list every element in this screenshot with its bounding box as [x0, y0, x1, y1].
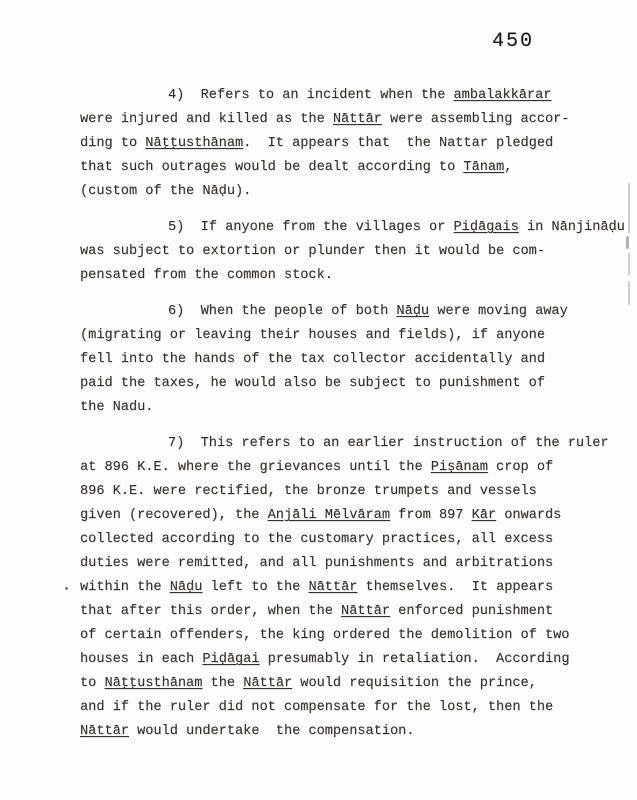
text-segment: and if the ruler did not compensate for …: [80, 700, 553, 715]
scanned-page: 450 4) Refers to an incident when the am…: [0, 0, 637, 800]
text-line: (custom of the Nāḍu).: [80, 180, 600, 204]
text-segment: paid the taxes, he would also be subject…: [80, 376, 545, 391]
text-line: at 896 K.E. where the grievances until t…: [80, 456, 600, 480]
text-line: were injured and killed as the Nāttār we…: [80, 108, 600, 132]
text-segment: (migrating or leaving their houses and f…: [80, 328, 545, 343]
text-segment: were assembling accor-: [382, 112, 570, 127]
text-segment: ding to: [80, 136, 145, 151]
text-segment: duties were remitted, and all punishment…: [80, 556, 553, 571]
text-segment: would undertake the compensation.: [129, 724, 415, 739]
paragraph: 4) Refers to an incident when the ambala…: [80, 84, 600, 204]
text-segment: within the: [80, 580, 170, 595]
text-line: houses in each Piḍāgai presumably in ret…: [80, 648, 600, 672]
underlined-term: Nāṭṭusthānam: [145, 136, 243, 151]
page-number: 450: [492, 30, 534, 53]
text-line: 5) If anyone from the villages or Piḍāga…: [80, 216, 600, 240]
text-segment: the: [202, 676, 243, 691]
text-segment: to: [80, 676, 104, 691]
text-segment: 4) Refers to an incident when the: [168, 88, 454, 103]
text-segment: that after this order, when the: [80, 604, 341, 619]
text-line: paid the taxes, he would also be subject…: [80, 372, 600, 396]
text-segment: ,: [504, 160, 512, 175]
underlined-term: Nāttār: [341, 604, 390, 619]
text-segment: the Nadu.: [80, 400, 153, 415]
scan-artifact-blob: [626, 236, 629, 249]
text-line: 6) When the people of both Nāḍu were mov…: [80, 300, 600, 324]
underlined-term: Kār: [472, 508, 496, 523]
scan-artifact-line: [628, 281, 630, 305]
text-segment: given (recovered), the: [80, 508, 268, 523]
text-segment: presumably in retaliation. According: [259, 652, 569, 667]
text-line: fell into the hands of the tax collector…: [80, 348, 600, 372]
text-segment: were moving away: [429, 304, 568, 319]
underlined-term: ambalakkārar: [454, 88, 552, 103]
text-line: and if the ruler did not compensate for …: [80, 696, 600, 720]
text-segment: pensated from the common stock.: [80, 268, 333, 283]
text-line: pensated from the common stock.: [80, 264, 600, 288]
text-line: 4) Refers to an incident when the ambala…: [80, 84, 600, 108]
text-segment: onwards: [496, 508, 561, 523]
text-line: that such outrages would be dealt accord…: [80, 156, 600, 180]
underlined-term: Piṣānam: [431, 460, 488, 475]
paragraph: 6) When the people of both Nāḍu were mov…: [80, 300, 600, 420]
text-line: within the Nāḍu left to the Nāttār thems…: [80, 576, 600, 600]
underlined-term: Nāḍu: [170, 580, 203, 595]
scan-artifact-line: [628, 183, 630, 233]
scan-artifact-line: [628, 253, 630, 275]
text-segment: at 896 K.E. where the grievances until t…: [80, 460, 431, 475]
underlined-term: Nāttār: [308, 580, 357, 595]
text-line: 896 K.E. were rectified, the bronze trum…: [80, 480, 600, 504]
underlined-term: Nāḍu: [396, 304, 429, 319]
text-segment: crop of: [488, 460, 553, 475]
text-segment: . It appears that the Nattar pledged: [243, 136, 553, 151]
text-line: to Nāṭṭusthānam the Nāttār would requisi…: [80, 672, 600, 696]
text-line: was subject to extortion or plunder then…: [80, 240, 600, 264]
document-body: 4) Refers to an incident when the ambala…: [80, 84, 600, 756]
text-segment: 6) When the people of both: [168, 304, 396, 319]
underlined-term: Nāṭṭusthānam: [104, 676, 202, 691]
text-segment: left to the: [202, 580, 308, 595]
text-line: the Nadu.: [80, 396, 600, 420]
text-segment: (custom of the Nāḍu).: [80, 184, 251, 199]
text-line: given (recovered), the Anjāli Mēlvāram f…: [80, 504, 600, 528]
text-segment: 5) If anyone from the villages or: [168, 220, 454, 235]
text-segment: was subject to extortion or plunder then…: [80, 244, 545, 259]
scan-artifact-dot: [65, 587, 68, 590]
text-segment: collected according to the customary pra…: [80, 532, 553, 547]
text-line: of certain offenders, the king ordered t…: [80, 624, 600, 648]
text-segment: themselves. It appears: [357, 580, 553, 595]
underlined-term: Tānam: [463, 160, 504, 175]
text-segment: would requisition the prince,: [292, 676, 537, 691]
text-line: (migrating or leaving their houses and f…: [80, 324, 600, 348]
text-segment: 7) This refers to an earlier instruction…: [168, 436, 609, 451]
text-segment: were injured and killed as the: [80, 112, 333, 127]
text-line: that after this order, when the Nāttār e…: [80, 600, 600, 624]
text-segment: houses in each: [80, 652, 202, 667]
text-segment: enforced punishment: [390, 604, 553, 619]
paragraph: 5) If anyone from the villages or Piḍāga…: [80, 216, 600, 288]
underlined-term: Nāttār: [333, 112, 382, 127]
text-segment: 896 K.E. were rectified, the bronze trum…: [80, 484, 537, 499]
text-segment: of certain offenders, the king ordered t…: [80, 628, 569, 643]
text-line: 7) This refers to an earlier instruction…: [80, 432, 600, 456]
text-segment: in Nānjināḍu: [519, 220, 625, 235]
paragraph: 7) This refers to an earlier instruction…: [80, 432, 600, 744]
text-line: Nāttār would undertake the compensation.: [80, 720, 600, 744]
text-segment: from 897: [390, 508, 472, 523]
underlined-term: Nāttār: [243, 676, 292, 691]
text-line: collected according to the customary pra…: [80, 528, 600, 552]
underlined-term: Nāttār: [80, 724, 129, 739]
text-segment: that such outrages would be dealt accord…: [80, 160, 463, 175]
underlined-term: Piḍāgais: [454, 220, 519, 235]
underlined-term: Anjāli Mēlvāram: [268, 508, 390, 523]
text-segment: fell into the hands of the tax collector…: [80, 352, 545, 367]
underlined-term: Piḍāgai: [202, 652, 259, 667]
text-line: duties were remitted, and all punishment…: [80, 552, 600, 576]
text-line: ding to Nāṭṭusthānam. It appears that th…: [80, 132, 600, 156]
